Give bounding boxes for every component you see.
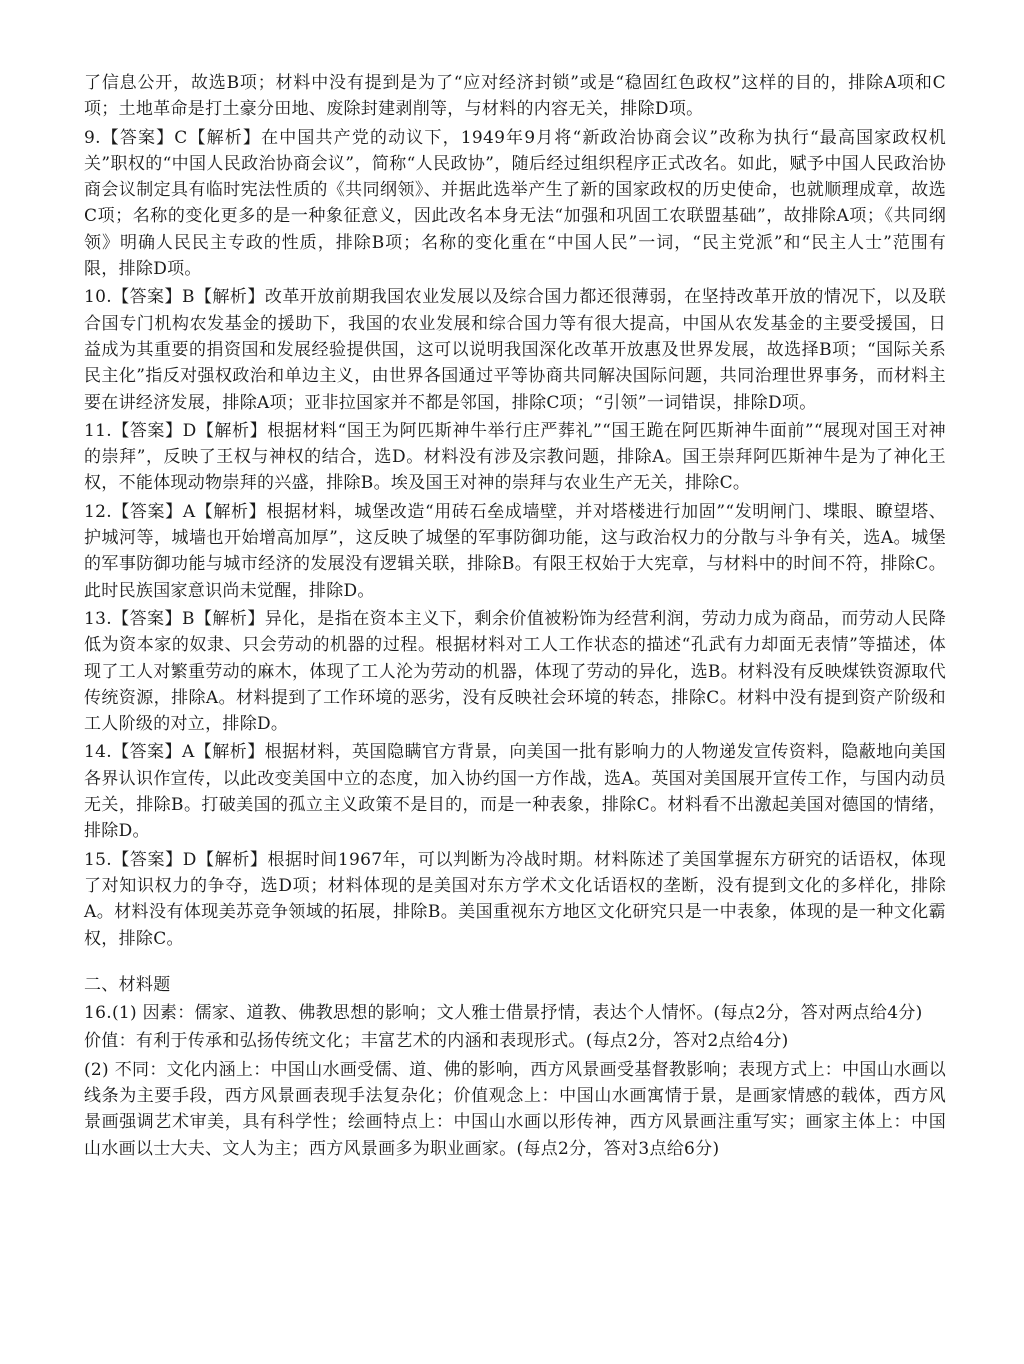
question-15: 15.【答案】D【解析】根据时间1967年，可以判断为冷战时期。材料陈述了美国掌… — [84, 847, 946, 952]
analysis-tag: 【解析】 — [195, 287, 265, 307]
question-number: 12. — [84, 502, 112, 522]
answer-letter: D — [183, 421, 197, 441]
question-14: 14.【答案】A【解析】根据材料，英国隐瞒官方背景，向美国一批有影响力的人物递发… — [84, 739, 946, 844]
answer-letter: C — [174, 128, 187, 148]
question-11: 11.【答案】D【解析】根据材料“国王为阿匹斯神牛举行庄严葬礼”“国王跪在阿匹斯… — [84, 418, 946, 497]
answer-letter: B — [182, 287, 195, 307]
continuation-paragraph: 了信息公开，故选B项；材料中没有提到是为了“应对经济封锁”或是“稳固红色政权”这… — [84, 70, 946, 123]
answer-tag: 【答案】 — [112, 421, 183, 441]
question-10: 10.【答案】B【解析】改革开放前期我国农业发展以及综合国力都还很薄弱，在坚持改… — [84, 284, 946, 415]
analysis-tag: 【解析】 — [195, 609, 265, 629]
question-number: 10. — [84, 287, 112, 307]
question-number: 13. — [84, 609, 112, 629]
answer-letter: A — [183, 502, 196, 522]
answer-letter: A — [182, 742, 195, 762]
question-12: 12.【答案】A【解析】根据材料，城堡改造“用砖石垒成墙壁，并对塔楼进行加固”“… — [84, 499, 946, 604]
question-number: 16. — [84, 1003, 112, 1023]
question-13: 13.【答案】B【解析】异化，是指在资本主义下，剩余价值被粉饰为经营利润，劳动力… — [84, 606, 946, 737]
analysis-tag: 【解析】 — [195, 742, 265, 762]
part1-factors-text: (1) 因素：儒家、道教、佛教思想的影响；文人雅士借景抒情，表达个人情怀。(每点… — [112, 1003, 923, 1023]
question-number: 11. — [84, 421, 112, 441]
question-9: 9.【答案】C【解析】在中国共产党的动议下，1949年9月将“新政治协商会议”改… — [84, 125, 946, 283]
analysis-tag: 【解析】 — [195, 502, 266, 522]
answer-letter: B — [182, 609, 195, 629]
answer-tag: 【答案】 — [112, 850, 183, 870]
analysis-tag: 【解析】 — [197, 850, 268, 870]
answer-tag: 【答案】 — [101, 128, 174, 148]
answer-tag: 【答案】 — [112, 287, 182, 307]
answer-document: 了信息公开，故选B项；材料中没有提到是为了“应对经济封锁”或是“稳固红色政权”这… — [84, 70, 946, 1164]
question-number: 14. — [84, 742, 112, 762]
question-number: 15. — [84, 850, 112, 870]
answer-tag: 【答案】 — [112, 609, 182, 629]
analysis-text: 在中国共产党的动议下，1949年9月将“新政治协商会议”改称为执行“最高国家政权… — [84, 128, 946, 279]
section-title-material-questions: 二、材料题 — [84, 972, 946, 998]
answer-tag: 【答案】 — [112, 742, 182, 762]
question-number: 9. — [84, 128, 101, 148]
answer-letter: D — [183, 850, 197, 870]
analysis-tag: 【解析】 — [197, 421, 268, 441]
question-16-part1-value: 价值：有利于传承和弘扬传统文化；丰富艺术的内涵和表现形式。(每点2分，答对2点给… — [84, 1028, 946, 1054]
answer-tag: 【答案】 — [112, 502, 183, 522]
question-16-part2: (2) 不同：文化内涵上：中国山水画受儒、道、佛的影响，西方风景画受基督教影响；… — [84, 1057, 946, 1162]
question-16-part1-factors: 16.(1) 因素：儒家、道教、佛教思想的影响；文人雅士借景抒情，表达个人情怀。… — [84, 1000, 946, 1026]
analysis-tag: 【解析】 — [188, 128, 261, 148]
